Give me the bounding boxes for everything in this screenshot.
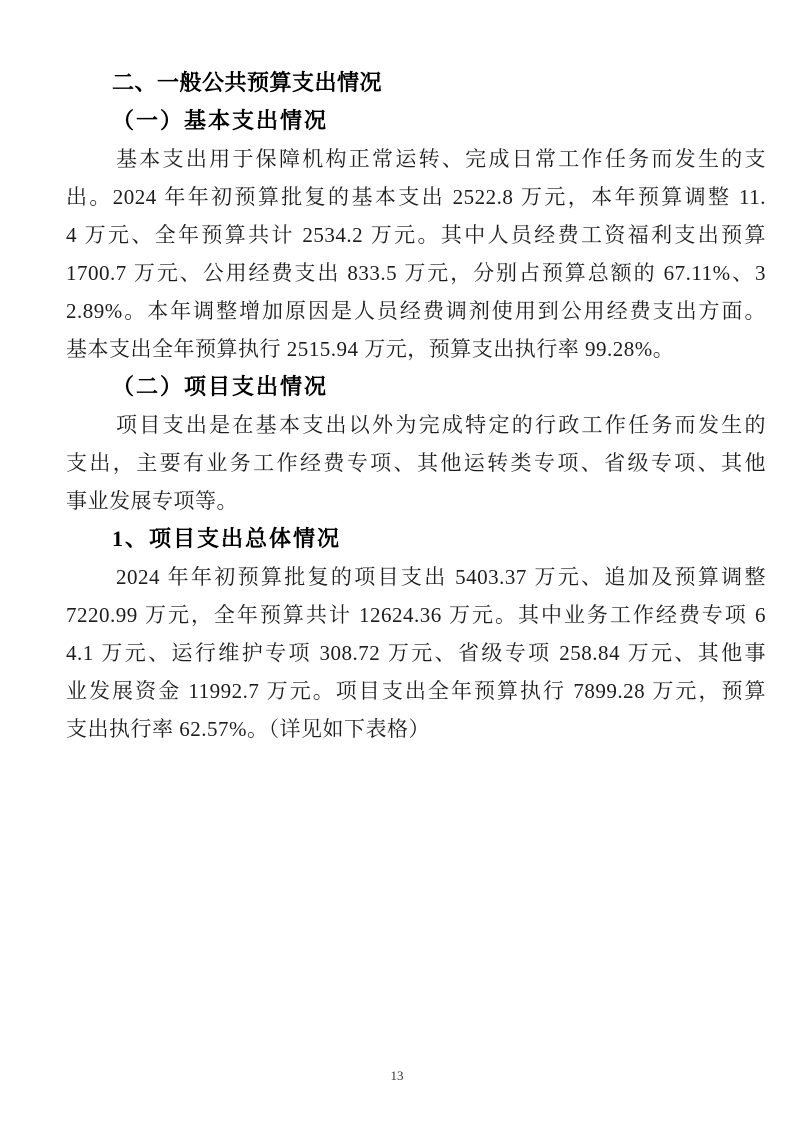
numbered-heading: 1、项目支出总体情况 <box>66 520 766 558</box>
document-content: 二、一般公共预算支出情况（一）基本支出情况基本支出用于保障机构正常运转、完成日常… <box>66 64 766 748</box>
paragraph-line: 2024 年年初预算批复的项目支出 5403.37 万元、追加及预算调整 <box>66 558 766 596</box>
paragraph-line: 业发展资金 11992.7 万元。项目支出全年预算执行 7899.28 万元，预… <box>66 672 766 710</box>
paragraph-line: 基本支出用于保障机构正常运转、完成日常工作任务而发生的支 <box>66 140 766 178</box>
document-page: 二、一般公共预算支出情况（一）基本支出情况基本支出用于保障机构正常运转、完成日常… <box>0 0 794 1122</box>
paragraph-line: 出。2024 年年初预算批复的基本支出 2522.8 万元，本年预算调整 11. <box>66 178 766 216</box>
paragraph-line: 4 万元、全年预算共计 2534.2 万元。其中人员经费工资福利支出预算 <box>66 216 766 254</box>
subsection-heading: （二）项目支出情况 <box>66 368 766 406</box>
paragraph-line: 7220.99 万元，全年预算共计 12624.36 万元。其中业务工作经费专项… <box>66 596 766 634</box>
paragraph-line: 4.1 万元、运行维护专项 308.72 万元、省级专项 258.84 万元、其… <box>66 634 766 672</box>
paragraph-line: 基本支出全年预算执行 2515.94 万元，预算支出执行率 99.28%。 <box>66 330 766 368</box>
paragraph-line: 事业发展专项等。 <box>66 482 766 520</box>
paragraph-line: 1700.7 万元、公用经费支出 833.5 万元，分别占预算总额的 67.11… <box>66 254 766 292</box>
paragraph-line: 支出，主要有业务工作经费专项、其他运转类专项、省级专项、其他 <box>66 444 766 482</box>
subsection-heading: （一）基本支出情况 <box>66 102 766 140</box>
paragraph-line: 项目支出是在基本支出以外为完成特定的行政工作任务而发生的 <box>66 406 766 444</box>
paragraph-line: 支出执行率 62.57%。（详见如下表格） <box>66 710 766 748</box>
paragraph-line: 2.89%。本年调整增加原因是人员经费调剂使用到公用经费支出方面。 <box>66 292 766 330</box>
page-number: 13 <box>0 1068 794 1084</box>
section-heading: 二、一般公共预算支出情况 <box>66 64 766 102</box>
